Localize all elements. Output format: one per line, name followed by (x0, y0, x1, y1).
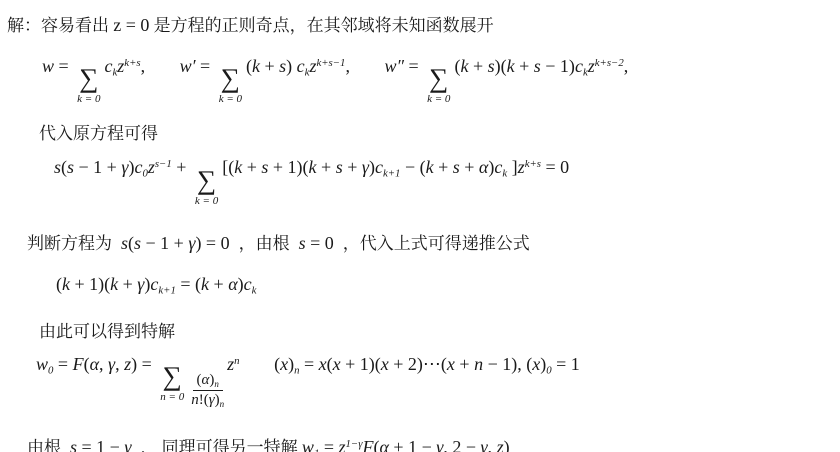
math-text: + (343, 157, 362, 177)
math-var: z (339, 437, 346, 452)
math-superscript: k+s (124, 57, 140, 69)
formula-pochhammer-definition: (x)n = x(x + 1)(x + 2)⋯(x + n − 1), (x)0… (274, 354, 580, 374)
math-text: + (118, 274, 137, 294)
math-var: c (575, 56, 583, 76)
line-series-expansions: w = ∑k = 0ckzk+s, w′ = ∑k = 0(k + s) ckz… (42, 56, 840, 105)
math-text: + 2)⋯( (389, 354, 447, 374)
math-text: − 1) (541, 56, 575, 76)
math-var: w (36, 354, 48, 374)
summation: ∑n = 0 (160, 363, 184, 403)
math-text: [( (222, 157, 234, 177)
math-var: s (336, 157, 343, 177)
math-var: s (299, 233, 306, 253)
substitute-note-text: 代入原方程可得 (39, 124, 158, 143)
math-var: c (375, 157, 383, 177)
indicial-text-1: 判断方程为 (27, 234, 112, 253)
math-var: s (134, 233, 141, 253)
math-text: ) (286, 56, 297, 76)
math-var: x (447, 354, 455, 374)
math-text: , (624, 56, 629, 76)
sigma-icon: ∑ (429, 65, 448, 92)
math-var: z (497, 437, 504, 452)
math-var: k (201, 274, 209, 294)
summation-lower-limit: k = 0 (219, 94, 242, 105)
math-text: = 0 (306, 233, 334, 253)
math-var: γ (362, 157, 369, 177)
math-text: + (515, 56, 534, 76)
math-var: α (228, 274, 237, 294)
formula-root-s-1-gamma: s = 1 − γ (70, 437, 131, 452)
math-text: z = 0 (113, 15, 149, 35)
math-text: , (141, 56, 146, 76)
math-var: k (426, 157, 434, 177)
math-var: z (588, 56, 595, 76)
fraction-numerator: (α)n (193, 372, 223, 391)
math-var: k (62, 274, 70, 294)
math-text: ] (507, 157, 518, 177)
sigma-icon: ∑ (79, 65, 98, 92)
math-text: + (209, 274, 228, 294)
formula-w0-hypergeometric: w0 = F(α, γ, z) = ∑n = 0(α)nn!(γ)nzn (36, 354, 240, 374)
formula-w-series: w = ∑k = 0ckzk+s, (42, 56, 145, 76)
math-text: = 1 − (77, 437, 124, 452)
math-var: z (518, 157, 525, 177)
formula-w-prime-series: w′ = ∑k = 0(k + s) ckzk+s−1, (180, 56, 350, 76)
math-var: n (474, 354, 483, 374)
line-recurrence: (k + 1)(k + γ)ck+1 = (k + α)ck (56, 274, 840, 296)
formula-indicial: s(s − 1 + γ) = 0 (121, 233, 230, 253)
math-text: , (99, 354, 108, 374)
math-text: + (460, 157, 479, 177)
formula-recurrence: (k + 1)(k + γ)ck+1 = (k + α)ck (56, 274, 256, 294)
math-var: s (534, 56, 541, 76)
math-var: γ (480, 437, 487, 452)
math-text: !( (199, 392, 209, 408)
math-text: − 1), ( (483, 354, 532, 374)
math-text: = (53, 354, 72, 374)
math-subscript: n (214, 378, 219, 388)
math-text: + (434, 157, 453, 177)
math-var: w′ (180, 56, 196, 76)
math-text: , (345, 56, 350, 76)
summation: ∑k = 0 (77, 65, 100, 105)
line-indicial-equation: 判断方程为s(s − 1 + γ) = 0，由根s = 0，代入上式可得递推公式 (27, 229, 840, 254)
math-var: x (381, 354, 389, 374)
math-var: c (244, 274, 252, 294)
math-text: , (115, 354, 124, 374)
line-particular-solution-note: 由此可以得到特解 (39, 317, 840, 342)
math-superscript: k+s−2 (595, 57, 624, 69)
math-text: = (299, 354, 318, 374)
math-text: = (404, 56, 423, 76)
math-text: = 0 (541, 157, 569, 177)
math-text: , (488, 437, 497, 452)
math-var: z (148, 157, 155, 177)
math-text: − 1 + (141, 233, 188, 253)
intro-text-1: 解：容易看出 (7, 16, 113, 35)
math-superscript: n (234, 355, 239, 367)
math-var: s (70, 437, 77, 452)
math-text: + (317, 157, 336, 177)
summation: ∑k = 0 (427, 65, 450, 105)
math-var: w (42, 56, 54, 76)
intro-math-regular-point: z = 0 (113, 15, 149, 35)
math-var: s (67, 157, 74, 177)
sigma-icon: ∑ (197, 167, 216, 194)
fraction: (α)nn!(γ)n (191, 372, 224, 410)
second-solution-text-1: 由根 (27, 438, 61, 452)
line-second-solution: 由根s = 1 − γ， 同理可得另一特解 w1 = z1−γF(α + 1 −… (27, 433, 840, 452)
math-var: x (280, 354, 288, 374)
math-var: s (121, 233, 128, 253)
math-text: + 1)( (341, 354, 381, 374)
math-var: F (362, 437, 373, 452)
math-solution-document: 解：容易看出 z = 0 是方程的正则奇点，在其邻域将未知函数展开 w = ∑k… (0, 0, 840, 452)
intro-text-2: 是方程的正则奇点，在其邻域将未知函数展开 (149, 16, 493, 35)
formula-w-double-prime-series: w″ = ∑k = 0(k + s)(k + s − 1)ckzk+s−2, (384, 56, 628, 76)
math-text: + (468, 56, 487, 76)
math-text: + (172, 157, 191, 177)
line-hypergeometric-solution: w0 = F(α, γ, z) = ∑n = 0(α)nn!(γ)nzn (x)… (36, 354, 840, 409)
fraction-denominator: n!(γ)n (191, 391, 224, 409)
summation-lower-limit: n = 0 (160, 392, 184, 403)
math-var: c (297, 56, 305, 76)
math-text: + (260, 56, 279, 76)
math-text: )( (495, 56, 507, 76)
math-var: α (379, 437, 388, 452)
math-var: α (90, 354, 99, 374)
math-text: ) (504, 437, 510, 452)
math-subscript: n (220, 399, 225, 409)
line-substituted-equation: s(s − 1 + γ)c0zs−1 + ∑k = 0[(k + s + 1)(… (54, 157, 840, 206)
summation: ∑k = 0 (219, 65, 242, 105)
math-var: s (453, 157, 460, 177)
math-var: w (302, 437, 314, 452)
indicial-text-3: ，代入上式可得递推公式 (343, 234, 530, 253)
summation-lower-limit: k = 0 (195, 196, 218, 207)
summation: ∑k = 0 (195, 167, 218, 207)
math-text: ) = (131, 354, 156, 374)
summation-lower-limit: k = 0 (427, 94, 450, 105)
math-text: − ( (400, 157, 425, 177)
math-text: = 1 (552, 354, 580, 374)
math-text: = (319, 437, 338, 452)
math-var: k (507, 56, 515, 76)
math-text: + (455, 354, 474, 374)
math-var: w″ (384, 56, 404, 76)
summation-lower-limit: k = 0 (77, 94, 100, 105)
math-var: x (319, 354, 327, 374)
math-superscript: s−1 (155, 158, 172, 170)
math-text: − 1 + (74, 157, 121, 177)
formula-substituted-equation: s(s − 1 + γ)c0zs−1 + ∑k = 0[(k + s + 1)(… (54, 157, 569, 177)
math-subscript: k+1 (383, 168, 400, 180)
math-var: k (309, 157, 317, 177)
math-var: F (73, 354, 84, 374)
formula-w1-second-solution: w1 = z1−γF(α + 1 − γ, 2 − γ, z) (302, 437, 510, 452)
math-text: + 1)( (70, 274, 110, 294)
line-substitute-note: 代入原方程可得 (39, 119, 840, 144)
math-text: ) = 0 (195, 233, 229, 253)
math-text: = (196, 56, 215, 76)
math-text: = (54, 56, 73, 76)
math-var: α (479, 157, 488, 177)
math-superscript: k+s−1 (316, 57, 345, 69)
math-text: = ( (176, 274, 201, 294)
sigma-icon: ∑ (221, 65, 240, 92)
math-superscript: 1−γ (346, 438, 363, 450)
second-solution-text-2: ， 同理可得另一特解 (140, 438, 302, 452)
math-var: k (252, 56, 260, 76)
indicial-text-2: ，由根 (239, 234, 290, 253)
math-text: + (242, 157, 261, 177)
math-text: , 2 − (443, 437, 480, 452)
math-var: s (488, 56, 495, 76)
math-var: x (333, 354, 341, 374)
math-superscript: k+s (525, 158, 541, 170)
math-subscript: k+1 (158, 284, 175, 296)
particular-solution-note-text: 由此可以得到特解 (39, 322, 175, 341)
math-text: + 1)( (268, 157, 308, 177)
math-var: n (191, 392, 199, 408)
math-text: + 1 − (389, 437, 436, 452)
line-intro: 解：容易看出 z = 0 是方程的正则奇点，在其邻域将未知函数展开 (7, 0, 840, 36)
math-var: γ (124, 437, 131, 452)
math-subscript: k (252, 284, 257, 296)
math-var: k (110, 274, 118, 294)
math-var: s (54, 157, 61, 177)
formula-root-s0: s = 0 (299, 233, 334, 253)
sigma-icon: ∑ (163, 363, 182, 390)
